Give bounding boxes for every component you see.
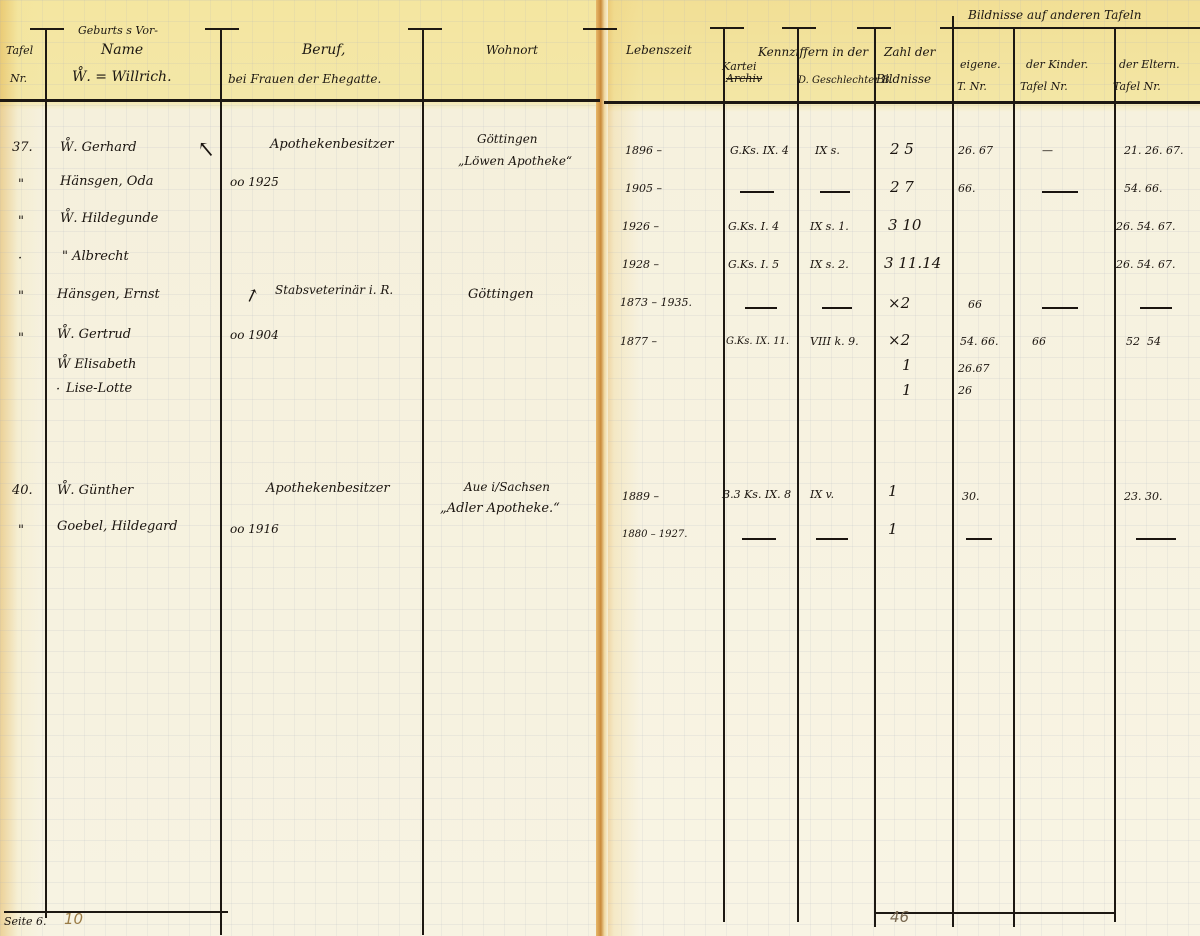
rule-cap bbox=[205, 28, 239, 30]
row-kartei: G.Ks. I. 5 bbox=[728, 258, 779, 272]
row-name: Lise-Lotte bbox=[66, 382, 132, 396]
page-label: Seite 6. bbox=[4, 915, 47, 929]
row-kartei: G.Ks. IX. 11. bbox=[726, 335, 789, 349]
column-rule bbox=[874, 27, 876, 927]
row-eltern-dash bbox=[1136, 538, 1176, 540]
row-eltern: 52 54 bbox=[1126, 335, 1161, 349]
row-tafel: " bbox=[18, 332, 24, 346]
column-rule bbox=[1013, 27, 1015, 927]
header-tafel: Tafel bbox=[6, 44, 33, 57]
row-eigene: 66. bbox=[958, 182, 976, 196]
row-beruf: Apothekenbesitzer bbox=[270, 138, 394, 152]
row-geschlecht: IX s. bbox=[815, 144, 840, 158]
column-rule bbox=[723, 27, 725, 922]
rule-cap bbox=[583, 28, 617, 30]
header-lebenszeit: Lebenszeit bbox=[626, 44, 692, 57]
footer-rule-left bbox=[4, 911, 228, 913]
row-zahl: 1 bbox=[888, 484, 898, 498]
row-kartei: G.Ks. I. 4 bbox=[728, 220, 779, 234]
header-beruf-sub: bei Frauen der Ehegatte. bbox=[228, 73, 381, 86]
header-kennziffern: Kennziffern in der bbox=[758, 46, 868, 59]
row-wohnort: Aue i/Sachsen bbox=[464, 480, 550, 494]
row-zahl: 3 10 bbox=[888, 218, 921, 232]
column-rule bbox=[952, 16, 954, 927]
row-eigene: 26.67 bbox=[958, 362, 990, 376]
row-tafel: " bbox=[18, 524, 24, 538]
header-wohnort: Wohnort bbox=[486, 44, 538, 57]
row-tafel: " bbox=[18, 290, 24, 304]
row-eltern: 23. 30. bbox=[1124, 490, 1162, 504]
header-rule-left bbox=[0, 99, 600, 102]
row-tafel: · bbox=[18, 252, 22, 266]
row-tafel: 40. bbox=[12, 484, 33, 498]
header-archiv-struck: Archiv bbox=[726, 72, 762, 85]
row-kartei-dash bbox=[740, 191, 774, 193]
row-beruf: oo 1916 bbox=[230, 522, 279, 536]
rule-cap bbox=[408, 28, 442, 30]
page-fold bbox=[596, 0, 608, 936]
row-zahl: ×2 bbox=[888, 333, 910, 347]
header-name-key: W̊. = Willrich. bbox=[72, 71, 172, 84]
rule-cap bbox=[782, 27, 816, 29]
row-wohnort-2: „Adler Apotheke.“ bbox=[440, 502, 560, 516]
row-eltern: 54. 66. bbox=[1124, 182, 1162, 196]
row-name: Goebel, Hildegard bbox=[57, 520, 178, 534]
row-name: W̊. Hildegunde bbox=[60, 212, 158, 226]
row-kinder-dash bbox=[1042, 307, 1078, 309]
header-bildnisse: Bildnisse bbox=[876, 73, 931, 86]
row-geschlecht: IX s. 2. bbox=[810, 258, 849, 272]
row-zahl: 1 bbox=[902, 383, 912, 397]
row-zahl: 3 11.14 bbox=[884, 256, 941, 270]
row-lebenszeit: 1877 – bbox=[620, 335, 657, 349]
footer-rule-right bbox=[876, 912, 1116, 914]
row-beruf: Stabsveterinär i. R. bbox=[275, 283, 393, 297]
row-kartei-dash bbox=[742, 538, 776, 540]
row-beruf: oo 1904 bbox=[230, 328, 279, 342]
row-geschlecht-dash bbox=[816, 538, 848, 540]
row-beruf: oo 1925 bbox=[230, 175, 279, 189]
column-rule bbox=[422, 28, 424, 935]
row-name: Hänsgen, Ernst bbox=[57, 288, 160, 302]
row-wohnort-2: „Löwen Apotheke“ bbox=[458, 154, 572, 168]
row-lebenszeit: 1873 – 1935. bbox=[620, 296, 692, 310]
row-name: W̊. Gerhard bbox=[60, 141, 137, 155]
row-wohnort: Göttingen bbox=[477, 132, 538, 146]
row-lebenszeit: 1896 – bbox=[625, 144, 662, 158]
header-eigene-nr: T. Nr. bbox=[957, 80, 987, 93]
row-zahl: 2 5 bbox=[890, 142, 914, 156]
row-name: W̊ Elisabeth bbox=[57, 358, 136, 372]
row-name: Hänsgen, Oda bbox=[60, 175, 154, 189]
column-rule bbox=[1114, 27, 1116, 922]
row-zahl: 1 bbox=[888, 522, 898, 536]
row-name: W̊. Günther bbox=[57, 484, 133, 498]
column-rule bbox=[45, 28, 47, 918]
row-kinder: 66 bbox=[1032, 335, 1046, 349]
row-zahl: 2 7 bbox=[890, 180, 914, 194]
row-tafel: " bbox=[18, 215, 24, 229]
header-zahl-der: Zahl der bbox=[884, 46, 935, 59]
group-rule bbox=[940, 27, 1200, 29]
header-bildnisse-group: Bildnisse auf anderen Tafeln bbox=[968, 9, 1142, 22]
row-eigene-dash bbox=[966, 538, 992, 540]
row-eltern-dash bbox=[1140, 307, 1172, 309]
row-geschlecht: VIII k. 9. bbox=[810, 335, 859, 349]
rule-cap bbox=[710, 27, 744, 29]
rule-cap bbox=[30, 28, 64, 30]
row-kinder: — bbox=[1042, 144, 1053, 158]
row-geschlecht-dash bbox=[820, 191, 850, 193]
row-eigene: 30. bbox=[962, 490, 980, 504]
row-kartei: G.Ks. IX. 4 bbox=[730, 144, 789, 158]
header-eltern-nr: Tafel Nr. bbox=[1113, 80, 1161, 93]
row-eigene: 66 bbox=[968, 298, 982, 312]
row-lebenszeit: 1928 – bbox=[622, 258, 659, 272]
row-beruf: Apothekenbesitzer bbox=[266, 482, 390, 496]
pencil-note-right: 46 bbox=[890, 910, 909, 924]
row-eltern: 26. 54. 67. bbox=[1116, 258, 1175, 272]
row-eigene: 26. 67 bbox=[958, 144, 993, 158]
row-name: " Albrecht bbox=[62, 250, 129, 264]
row-wohnort: Göttingen bbox=[468, 288, 534, 302]
row-eigene: 54. 66. bbox=[960, 335, 998, 349]
row-tafel: " bbox=[18, 178, 24, 192]
column-rule bbox=[220, 28, 222, 935]
row-name: W̊. Gertrud bbox=[57, 328, 131, 342]
row-eltern: 21. 26. 67. bbox=[1124, 144, 1183, 158]
row-tafel: · bbox=[56, 383, 60, 397]
header-nr: Nr. bbox=[10, 72, 27, 85]
row-eltern: 26. 54. 67. bbox=[1116, 220, 1175, 234]
header-name: Name bbox=[101, 44, 143, 57]
row-zahl: ×2 bbox=[888, 296, 910, 310]
row-geschlecht: IX v. bbox=[810, 488, 834, 502]
header-rule-right bbox=[604, 101, 1200, 104]
row-lebenszeit: 1889 – bbox=[622, 490, 659, 504]
row-lebenszeit: 1926 – bbox=[622, 220, 659, 234]
row-kinder-dash bbox=[1042, 191, 1078, 193]
row-kartei-dash bbox=[745, 307, 777, 309]
header-eigene: eigene. bbox=[960, 58, 1001, 71]
row-zahl: 1 bbox=[902, 358, 912, 372]
row-kartei: B.3 Ks. IX. 8 bbox=[722, 488, 791, 502]
row-geschlecht: IX s. 1. bbox=[810, 220, 849, 234]
column-rule bbox=[797, 27, 799, 922]
row-lebenszeit: 1880 – 1927. bbox=[622, 528, 687, 542]
header-name-line1: Geburts s Vor- bbox=[78, 24, 158, 37]
header-kinder-nr: Tafel Nr. bbox=[1020, 80, 1068, 93]
row-tafel: 37. bbox=[12, 141, 33, 155]
row-lebenszeit: 1905 – bbox=[625, 182, 662, 196]
row-geschlecht-dash bbox=[822, 307, 852, 309]
header-eltern: der Eltern. bbox=[1119, 58, 1180, 71]
header-kinder: der Kinder. bbox=[1026, 58, 1088, 71]
header-beruf: Beruf, bbox=[302, 44, 345, 57]
row-eigene: 26 bbox=[958, 384, 972, 398]
pencil-note-left: 10 bbox=[64, 912, 83, 926]
